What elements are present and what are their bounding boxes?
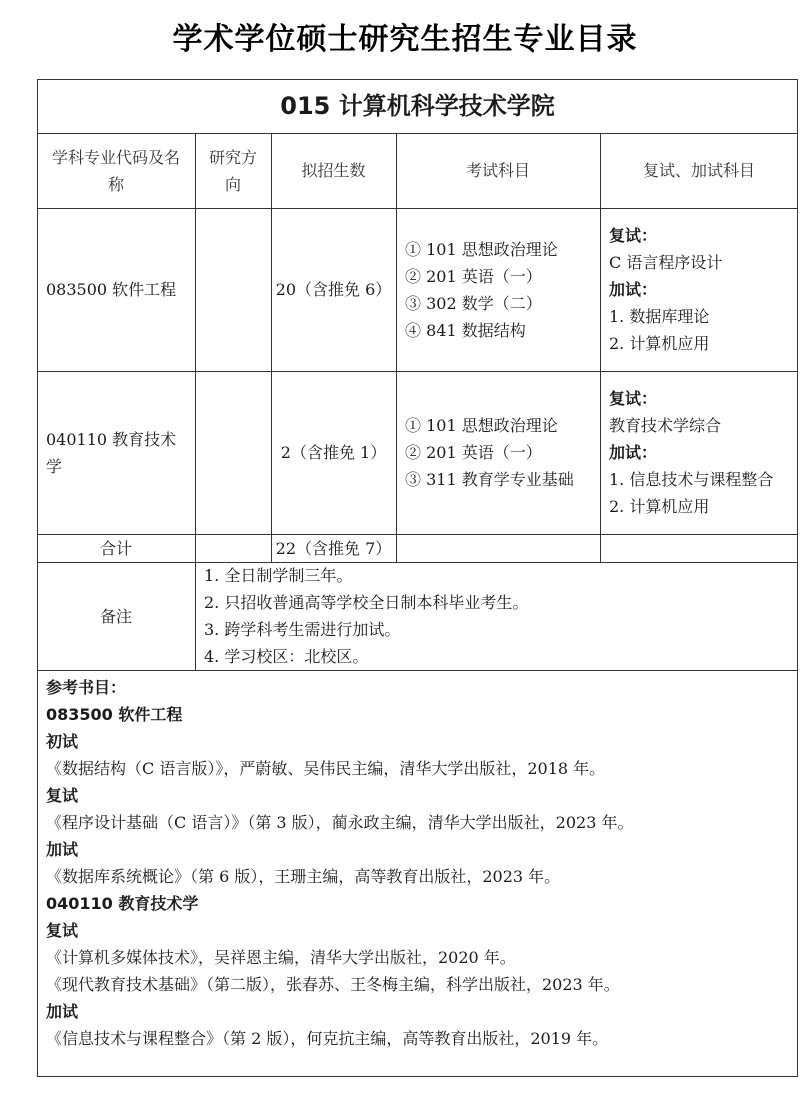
reference-stage: 加试 (46, 998, 786, 1025)
college-name: 015 计算机科学技术学院 (37, 79, 798, 133)
total-quota: 22（含推免 7） (271, 534, 396, 562)
retest-subjects: 复试： 教育技术学综合 加试： 1. 信息技术与课程整合 2. 计算机应用 (600, 371, 798, 534)
note-item: 1. 全日制学制三年。 (204, 562, 528, 589)
references-heading: 参考书目： (46, 674, 786, 701)
reference-book: 《现代教育技术基础》（第二版），张春苏、王冬梅主编，科学出版社，2023 年。 (46, 971, 786, 998)
retest-subject: C 语言程序设计 (609, 249, 722, 276)
reference-book: 《数据结构（C 语言版）》，严蔚敏、吴伟民主编，清华大学出版社，2018 年。 (46, 755, 786, 782)
reference-stage: 初试 (46, 728, 786, 755)
reference-book: 《计算机多媒体技术》，吴祥恩主编，清华大学出版社，2020 年。 (46, 944, 786, 971)
exam-subject: ③ 311 教育学专业基础 (405, 466, 574, 493)
retest-label: 复试： (609, 385, 773, 412)
reference-stage: 复试 (46, 782, 786, 809)
exam-subject: ② 201 英语（一） (405, 439, 574, 466)
exam-subject: ③ 302 数学（二） (405, 290, 558, 317)
divider (37, 670, 798, 671)
note-item: 4. 学习校区：北校区。 (204, 643, 528, 670)
extra-subject: 1. 数据库理论 (609, 303, 722, 330)
exam-subject: ④ 841 数据结构 (405, 317, 558, 344)
header-direction: 研究方向 (203, 133, 263, 208)
research-direction (195, 208, 271, 371)
exam-subjects: ① 101 思想政治理论 ② 201 英语（一） ③ 311 教育学专业基础 (396, 371, 600, 534)
research-direction (195, 371, 271, 534)
reference-stage: 复试 (46, 917, 786, 944)
extra-subject: 2. 计算机应用 (609, 493, 773, 520)
extra-label: 加试： (609, 276, 722, 303)
reference-major: 083500 软件工程 (46, 701, 786, 728)
page-title: 学术学位硕士研究生招生专业目录 (0, 14, 810, 58)
note-item: 3. 跨学科考生需进行加试。 (204, 616, 528, 643)
reference-book: 《数据库系统概论》（第 6 版），王珊主编，高等教育出版社，2023 年。 (46, 863, 786, 890)
header-major: 学科专业代码及名称 (50, 133, 182, 208)
extra-label: 加试： (609, 439, 773, 466)
major-name: 083500 软件工程 (37, 208, 195, 371)
reference-stage: 加试 (46, 836, 786, 863)
notes-label: 备注 (37, 562, 195, 670)
retest-subjects: 复试： C 语言程序设计 加试： 1. 数据库理论 2. 计算机应用 (600, 208, 798, 371)
note-item: 2. 只招收普通高等学校全日制本科毕业考生。 (204, 589, 528, 616)
reference-books: 参考书目： 083500 软件工程 初试 《数据结构（C 语言版）》，严蔚敏、吴… (46, 674, 786, 1052)
header-retest: 复试、加试科目 (600, 133, 798, 208)
total-label: 合计 (37, 534, 195, 562)
major-name: 040110 教育技术学 (37, 371, 195, 534)
extra-subject: 1. 信息技术与课程整合 (609, 466, 773, 493)
reference-book: 《信息技术与课程整合》（第 2 版），何克抗主编，高等教育出版社，2019 年。 (46, 1025, 786, 1052)
header-quota: 拟招生数 (271, 133, 396, 208)
exam-subjects: ① 101 思想政治理论 ② 201 英语（一） ③ 302 数学（二） ④ 8… (396, 208, 600, 371)
extra-subject: 2. 计算机应用 (609, 330, 722, 357)
exam-subject: ① 101 思想政治理论 (405, 236, 558, 263)
retest-label: 复试： (609, 222, 722, 249)
reference-major: 040110 教育技术学 (46, 890, 786, 917)
exam-subject: ① 101 思想政治理论 (405, 412, 574, 439)
header-exams: 考试科目 (396, 133, 600, 208)
quota: 20（含推免 6） (271, 208, 396, 371)
retest-subject: 教育技术学综合 (609, 412, 773, 439)
notes-list: 1. 全日制学制三年。 2. 只招收普通高等学校全日制本科毕业考生。 3. 跨学… (195, 562, 798, 670)
quota: 2（含推免 1） (271, 371, 396, 534)
reference-book: 《程序设计基础（C 语言）》（第 3 版），蔺永政主编，清华大学出版社，2023… (46, 809, 786, 836)
exam-subject: ② 201 英语（一） (405, 263, 558, 290)
